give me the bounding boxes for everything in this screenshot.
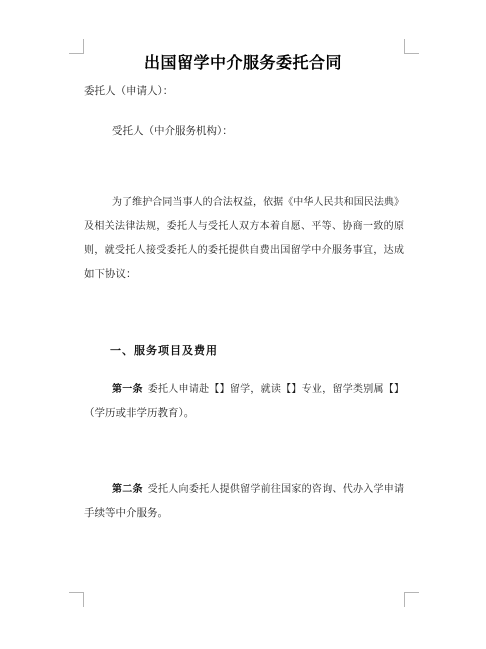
preamble-line-1: 为了维护合同当事人的合法权益，依据《中华人民共和国民法典》 (112, 195, 404, 210)
preamble-line-2: 及相关法律法规，委托人与受托人双方本着自愿、平等、协商一致的原 (84, 219, 404, 234)
article1-line-1: 第一条委托人申请赴【】留学，就读【】专业，留学类别属【】 (112, 382, 404, 397)
article1-label: 第一条 (112, 384, 143, 395)
document-title: 出国留学中介服务委托合同 (0, 54, 486, 74)
client-line: 委托人（申请人）： (84, 84, 173, 99)
crop-mark-bottom-right (404, 592, 419, 607)
article1-line-2: （学历或非学历教育）。 (84, 406, 194, 421)
article2-label: 第二条 (112, 484, 143, 495)
preamble-line-3: 则，就受托人接受委托人的委托提供自费出国留学中介服务事宜，达成 (84, 243, 404, 258)
preamble-line-4: 如下协议： (84, 267, 137, 282)
document-page: 出国留学中介服务委托合同 委托人（申请人）： 受托人（中介服务机构）： 为了维护… (0, 0, 486, 649)
section-heading: 一、服务项目及费用 (110, 344, 218, 359)
crop-mark-top-left (69, 39, 84, 54)
article2-text: 受托人向委托人提供留学前往国家的咨询、代办入学申请 (148, 484, 404, 495)
crop-mark-bottom-left (69, 592, 84, 607)
agent-line: 受托人（中介服务机构）： (112, 124, 233, 139)
article2-line-1: 第二条受托人向委托人提供留学前往国家的咨询、代办入学申请 (112, 482, 404, 497)
article1-text: 委托人申请赴【】留学，就读【】专业，留学类别属【】 (148, 384, 404, 395)
article2-line-2: 手续等中介服务。 (84, 506, 168, 521)
crop-mark-top-right (404, 39, 419, 54)
